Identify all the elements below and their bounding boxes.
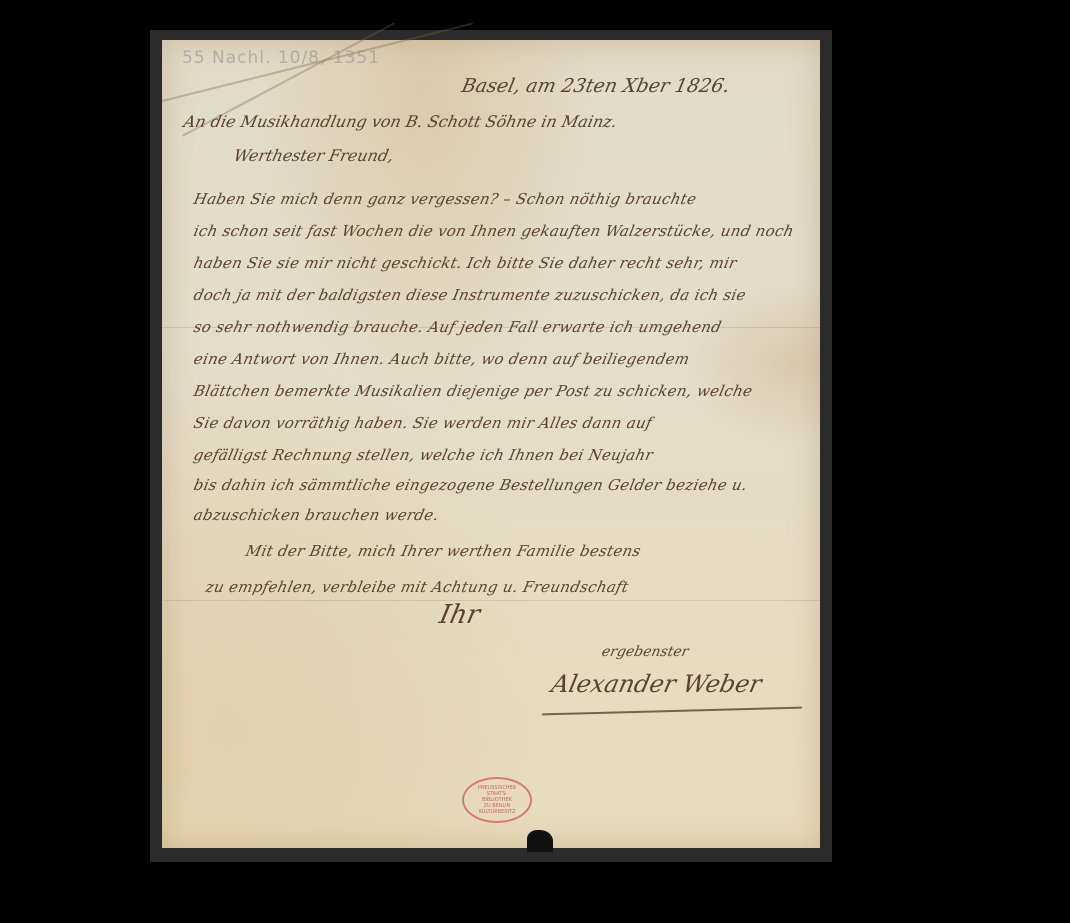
stamp-bottom-text: KULTURBESITZ <box>464 809 530 815</box>
letter-line: bis dahin ich sämmtliche eingezogene Bes… <box>192 476 749 494</box>
letter-line: doch ja mit der baldigsten diese Instrum… <box>192 286 748 304</box>
signature: Alexander Weber <box>549 670 764 698</box>
letter-line: abzuschicken brauchen werde. <box>192 506 441 524</box>
letter-line: so sehr nothwendig brauche. Auf jeden Fa… <box>192 318 723 336</box>
signature-flourish <box>542 707 802 716</box>
fold-line <box>162 600 820 601</box>
place-date: Basel, am 23ten Xber 1826. <box>460 75 732 97</box>
letter-line: zu empfehlen, verbleibe mit Achtung u. F… <box>204 578 630 596</box>
salutation: Werthester Freund, <box>232 146 396 165</box>
letter-line: Mit der Bitte, mich Ihrer werthen Famili… <box>244 542 643 560</box>
letter-line: haben Sie sie mir nicht geschickt. Ich b… <box>192 254 739 272</box>
letter-line: gefälligst Rechnung stellen, welche ich … <box>192 446 655 464</box>
archive-shelfmark: 55 Nachl. 10/8, 1351 <box>182 48 380 68</box>
closing-word: ergebenster <box>600 644 690 660</box>
letter-line: Blättchen bemerkte Musikalien diejenige … <box>192 382 754 400</box>
addressee: An die Musikhandlung von B. Schott Söhne… <box>182 112 619 131</box>
letter-line: eine Antwort von Ihnen. Auch bitte, wo d… <box>192 350 691 368</box>
library-stamp: PREUSSISCHER STAATS- BIBLIOTHEK ZU BERLI… <box>462 777 532 823</box>
letter-line: Haben Sie mich denn ganz vergessen? – Sc… <box>192 190 698 208</box>
letter-line: Sie davon vorräthig haben. Sie werden mi… <box>192 414 654 432</box>
paper-tear <box>527 830 553 852</box>
closing: Ihr <box>437 600 483 630</box>
letter-line: ich schon seit fast Wochen die von Ihnen… <box>192 222 796 240</box>
letter-page: 55 Nachl. 10/8, 1351 Basel, am 23ten Xbe… <box>162 40 820 848</box>
